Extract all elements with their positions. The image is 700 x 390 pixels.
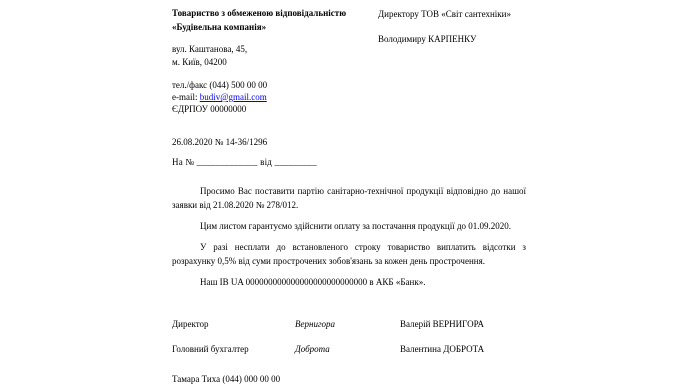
sender-email-link[interactable]: budiv@gmail.com <box>200 92 267 102</box>
sender-company-name-line2: «Будівельна компанія» <box>172 20 372 34</box>
body-paragraph-penalty: У разі несплати до встановленого строку … <box>172 240 526 268</box>
recipient-position: Директору ТОВ «Світ сантехніки» <box>378 8 528 20</box>
sender-email-label: e-mail: <box>172 92 200 102</box>
sender-email-line: e-mail: budiv@gmail.com <box>172 91 372 103</box>
letter-page: Товариство з обмеженою відповідальністю … <box>0 0 700 390</box>
sender-contacts: тел./факс (044) 500 00 00 e-mail: budiv@… <box>172 79 372 115</box>
letter-body: Просимо Вас поставити партію санітарно-т… <box>172 184 526 296</box>
reply-reference-line: На № _____________ від _________ <box>172 156 317 169</box>
signature-full-name: Валентина ДОБРОТА <box>400 343 484 356</box>
body-paragraph-guarantee: Цим листом гарантуємо здійснити оплату з… <box>172 219 526 233</box>
recipient-person: Володимиру КАРПЕНКУ <box>378 33 528 45</box>
sender-address: вул. Каштанова, 45, м. Київ, 04200 <box>172 43 372 69</box>
recipient-block: Директору ТОВ «Світ сантехніки» Володими… <box>378 8 528 45</box>
sender-block: Товариство з обмеженою відповідальністю … <box>172 6 372 115</box>
signature-handwriting: Вернигора <box>295 318 335 331</box>
sender-edrpou: ЄДРПОУ 00000000 <box>172 103 372 115</box>
sender-address-line2: м. Київ, 04200 <box>172 56 372 69</box>
signature-full-name: Валерій ВЕРНИГОРА <box>400 318 484 331</box>
sender-company-name: Товариство з обмеженою відповідальністю … <box>172 6 372 34</box>
letter-document: Товариство з обмеженою відповідальністю … <box>172 6 526 390</box>
executor-contact: Тамара Тиха (044) 000 00 00 <box>172 373 280 386</box>
sender-phone: тел./факс (044) 500 00 00 <box>172 79 372 91</box>
sender-company-name-line1: Товариство з обмеженою відповідальністю <box>172 6 372 20</box>
signature-title: Головний бухгалтер <box>172 343 249 356</box>
signature-title: Директор <box>172 318 209 331</box>
body-paragraph-request: Просимо Вас поставити партію санітарно-т… <box>172 184 526 212</box>
body-paragraph-iban: Наш IB UA 000000000000000000000000000 в … <box>172 275 526 289</box>
signature-row-director: Директор Вернигора Валерій ВЕРНИГОРА <box>172 318 526 332</box>
signature-handwriting: Доброта <box>295 343 330 356</box>
outgoing-date-number: 26.08.2020 № 14-36/1296 <box>172 136 267 149</box>
signature-row-accountant: Головний бухгалтер Доброта Валентина ДОБ… <box>172 343 526 357</box>
sender-address-line1: вул. Каштанова, 45, <box>172 43 372 56</box>
